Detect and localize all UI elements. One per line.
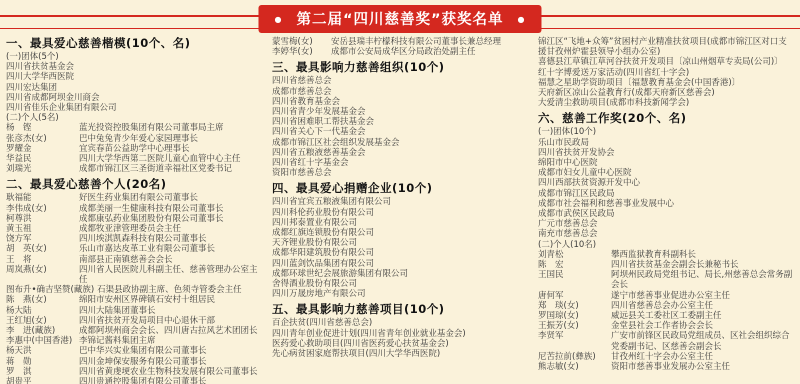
person-row: 李婷华(女)成都市公安局成华区分局政治处副主任 (272, 47, 528, 57)
person-name: 陈 燕(女) (6, 295, 79, 305)
person-title: 四川省黄虔埂农业生物科技发展有限公司董事长 (79, 367, 262, 377)
person-title: 李锦记酱料集团主席 (79, 336, 262, 346)
section-heading: 四、最具爱心捐赠企业(10个) (272, 182, 528, 195)
list-item: 四川省五粮液慈善基金会 (272, 148, 528, 158)
person-name: 黄玉祖 (6, 224, 79, 234)
person-row: 王振芳(女)金堂县社会工作者协会会长 (538, 321, 794, 331)
person-row: 王 将南部县正南镇慈善会会长 (6, 255, 262, 265)
award-list: 一、最具爱心慈善楷模(10个、名)(一)团体(5个)四川省扶贫基金会四川大学华西… (0, 32, 800, 384)
person-name: 王红旭(女) (6, 316, 79, 326)
list-item: 四川西部扶贫资源开发中心 (538, 178, 794, 188)
list-item: 四川省困难职工帮扶基金会 (272, 117, 528, 127)
list-item: 天府新区凉山公益教育行(成都天府新区慈善会) (538, 88, 794, 98)
person-name: 李婷华(女) (272, 47, 331, 57)
list-item: 四川万晟房地产有限公司 (272, 289, 528, 299)
list-item: 成都市锦江区社会组织发展基金会 (272, 138, 528, 148)
person-title: 乐山市嘉达皮革工业有限公司董事长 (79, 244, 262, 254)
person-title: 好医生药业集团有限公司董事长 (79, 193, 262, 203)
person-name: 李伟成(女) (6, 204, 79, 214)
person-row: 华益民四川大学华西第二医院儿童心血管中心主任 (6, 154, 262, 164)
person-name: 李 进(藏族) (6, 326, 79, 336)
person-row: 李伟成(女)成都美丽一生健康科技有限公司董事长 (6, 204, 262, 214)
list-item: 四川省红十字基金会 (272, 158, 528, 168)
section-heading: 五、最具影响力慈善项目(10个) (272, 303, 528, 316)
person-row: 尼苦拉前(彝族)甘孜州红十字会办公室主任 (538, 352, 794, 362)
list-item: 四川青年创业促进计划(四川省青年创业就业基金会) (272, 329, 528, 339)
person-title: 金堂县社会工作者协会会长 (611, 321, 794, 331)
person-title: 四川贵通控股集团有限公司董事长 (79, 377, 262, 384)
person-title: 绵阳市安州区界碑镇石安村十组居民 (79, 295, 262, 305)
person-title: 四川省慈善总会办公室主任 (611, 301, 794, 311)
person-name: 李惠中(中国香港) (6, 336, 79, 346)
list-item: 四川大学华西医院 (6, 72, 262, 82)
list-item: 四川省宜宾五粮液集团有限公司 (272, 197, 528, 207)
page-title: ● 第二届“四川慈善奖”获奖名单 ● (258, 5, 541, 33)
person-row: 王国民阿坝州民政局党组书记、局长,州慈善总会常务副会长 (538, 270, 794, 290)
person-title: 四川埃淇凯森科技有限公司董事长 (79, 234, 262, 244)
list-item: 四川省慈善总会 (272, 76, 528, 86)
person-row: 胡贵平四川贵通控股集团有限公司董事长 (6, 377, 262, 384)
list-item: 红十字博爱送万家活动(四川省红十字会) (538, 68, 794, 78)
list-item: 四川邦泰置业有限公司 (272, 218, 528, 228)
person-row: 图布升•确吉坚赞(藏族)石渠县政协副主席、色须寺管委会主任 (6, 285, 262, 295)
person-title: 南部县正南镇慈善会会长 (79, 255, 262, 265)
person-row: 黄玉祖成都牧亚津管理委员会主任 (6, 224, 262, 234)
person-row: 陈 燕(女)绵阳市安州区界碑镇石安村十组居民 (6, 295, 262, 305)
list-item: 四川省教育基金会 (272, 97, 528, 107)
person-row: 罗 淇四川省黄虔埂农业生物科技发展有限公司董事长 (6, 367, 262, 377)
person-name: 罗耀金 (6, 144, 79, 154)
person-title: 巴中华兴实业集团有限公司董事长 (79, 346, 262, 356)
person-name: 郑 琰(女) (538, 301, 611, 311)
section-heading: 一、最具爱心慈善楷模(10个、名) (6, 37, 262, 50)
person-title: 甘孜州红十字会办公室主任 (611, 352, 794, 362)
person-name: 李贤军 (538, 331, 611, 351)
person-name: 华益民 (6, 154, 79, 164)
person-row: 刘瑞光成都市锦江区三圣街道幸福社区党委书记 (6, 164, 262, 174)
list-item: 成都市社会福利和慈善事业发展中心 (538, 199, 794, 209)
list-item: 南充市慈善总会 (538, 229, 794, 239)
person-name: 蒙雪梅(女) (272, 37, 331, 47)
list-item: 四川省佳乐企业集团有限公司 (6, 103, 262, 113)
list-item: 乐山市民政局 (538, 138, 794, 148)
section-heading: 二、最具爱心慈善个人(20名) (6, 178, 262, 191)
person-name: 王国民 (538, 270, 611, 290)
section-heading: 六、慈善工作奖(20个、名) (538, 112, 794, 125)
list-item: 成都市武侯区民政局 (538, 209, 794, 219)
person-name: 罗国琼(女) (538, 311, 611, 321)
page-title-text: 第二届“四川慈善奖”获奖名单 (296, 8, 503, 29)
person-name: 饶方军 (6, 234, 79, 244)
person-row: 郑 琰(女)四川省慈善总会办公室主任 (538, 301, 794, 311)
person-row: 胡 英(女)乐山市嘉达皮革工业有限公司董事长 (6, 244, 262, 254)
list-item: 锦江区“飞地+众筹”贫困村产业精准扶贫项目(成都市锦江区对口支援甘孜州炉霍县领导… (538, 37, 794, 57)
section-heading: 三、最具影响力慈善组织(10个) (272, 61, 528, 74)
person-row: 熊志敏(女)资阳市慈善事业发展办公室主任 (538, 362, 794, 372)
person-name: 蒋 勋 (6, 357, 79, 367)
person-title: 四川大学华西第二医院儿童心血管中心主任 (79, 154, 262, 164)
bullet-left-icon: ● (274, 16, 282, 24)
list-item: 成都市妇女儿童中心医院 (538, 168, 794, 178)
person-title: 攀西监狱教育科副科长 (611, 250, 794, 260)
person-title: 四川省人民医院儿科副主任、慈善管理办公室主任 (79, 265, 262, 285)
column-3: 锦江区“飞地+众筹”贫困村产业精准扶贫项目(成都市锦江区对口支援甘孜州炉霍县领导… (538, 37, 794, 384)
list-item: 四川省扶贫基金会 (6, 62, 262, 72)
person-name: 唐何军 (538, 291, 611, 301)
person-row: 王红旭(女)四川省扶贫开发局项目中心退休干部 (6, 316, 262, 326)
list-item: 资阳市慈善总会 (272, 168, 528, 178)
list-item: 成都环球世纪会展旅游集团有限公司 (272, 269, 528, 279)
list-item: 成都市慈善总会 (272, 87, 528, 97)
person-row: 蒙雪梅(女)安岳县瑞丰柠檬科技有限公司董事长兼总经理 (272, 37, 528, 47)
person-name: 陈 宏 (538, 260, 611, 270)
person-row: 罗耀金宜宾春苗公益助学中心理事长 (6, 144, 262, 154)
person-name: 刘瑞光 (6, 164, 79, 174)
person-title: 成都美丽一生健康科技有限公司董事长 (79, 204, 262, 214)
person-title: 宜宾春苗公益助学中心理事长 (79, 144, 262, 154)
column-2: 蒙雪梅(女)安岳县瑞丰柠檬科技有限公司董事长兼总经理李婷华(女)成都市公安局成华… (272, 37, 528, 384)
person-title: 遂宁市慈善事业促进办公室主任 (611, 291, 794, 301)
person-title: 成都牧亚津管理委员会主任 (79, 224, 262, 234)
person-title: 巴中兔兔青少年爱心家园理事长 (79, 134, 262, 144)
person-title: 成都阿坝州商会会长、四川唐古拉风艺术团团长 (79, 326, 262, 336)
list-item: 四川省成都阿坝金川商会 (6, 93, 262, 103)
list-item: (一)团体(10个) (538, 127, 794, 137)
person-row: 耿福能好医生药业集团有限公司董事长 (6, 193, 262, 203)
list-item: 医药爱心救助项目(四川省医药爱心扶贫基金会) (272, 339, 528, 349)
person-name: 周岚燕(女) (6, 265, 79, 285)
person-name: 张彦杰(女) (6, 134, 79, 144)
person-name: 胡 英(女) (6, 244, 79, 254)
person-title: 石渠县政协副主席、色须寺管委会主任 (97, 285, 262, 295)
person-name: 王 将 (6, 255, 79, 265)
person-row: 李惠中(中国香港)李锦记酱料集团主席 (6, 336, 262, 346)
person-row: 杨 铿蓝光投资控股集团有限公司董事局主席 (6, 123, 262, 133)
person-row: 张彦杰(女)巴中兔兔青少年爱心家园理事长 (6, 134, 262, 144)
person-name: 杨天洪 (6, 346, 79, 356)
list-item: 百企扶贫(四川省慈善总会) (272, 318, 528, 328)
person-name: 图布升•确吉坚赞(藏族) (6, 285, 97, 295)
person-title: 四川金坤保安服务有限公司董事长 (79, 357, 262, 367)
list-item: 四川蓝剑饮品集团有限公司 (272, 259, 528, 269)
person-row: 周岚燕(女)四川省人民医院儿科副主任、慈善管理办公室主任 (6, 265, 262, 285)
person-row: 饶方军四川埃淇凯森科技有限公司董事长 (6, 234, 262, 244)
person-row: 柯尊洪成都康弘药业集团股份有限公司董事长 (6, 214, 262, 224)
list-item: 四川省青少年发展基金会 (272, 107, 528, 117)
person-name: 胡贵平 (6, 377, 79, 384)
list-item: 舍得酒业股份有限公司 (272, 279, 528, 289)
list-item: (一)团体(5个) (6, 52, 262, 62)
person-row: 杨天洪巴中华兴实业集团有限公司董事长 (6, 346, 262, 356)
list-item: 先心病贫困家庭帮扶项目(四川大学华西医院) (272, 349, 528, 359)
list-item: 绵阳市中心医院 (538, 158, 794, 168)
bullet-right-icon: ● (518, 16, 526, 24)
person-name: 熊志敏(女) (538, 362, 611, 372)
person-row: 刘青松攀西监狱教育科副科长 (538, 250, 794, 260)
person-name: 王振芳(女) (538, 321, 611, 331)
person-title: 威远县关工委社区工委副主任 (611, 311, 794, 321)
person-title: 蓝光投资控股集团有限公司董事局主席 (79, 123, 262, 133)
list-item: 成都红旗连锁股份有限公司 (272, 228, 528, 238)
list-item: 四川省关心下一代基金会 (272, 127, 528, 137)
person-title: 资阳市慈善事业发展办公室主任 (611, 362, 794, 372)
list-item: 四川省扶贫开发协会 (538, 148, 794, 158)
list-item: 四川科伦药业股份有限公司 (272, 208, 528, 218)
person-name: 罗 淇 (6, 367, 79, 377)
column-1: 一、最具爱心慈善楷模(10个、名)(一)团体(5个)四川省扶贫基金会四川大学华西… (6, 37, 262, 384)
list-item: (二)个人(10名) (538, 240, 794, 250)
person-title: 成都市锦江区三圣街道幸福社区党委书记 (79, 164, 262, 174)
person-row: 唐何军遂宁市慈善事业促进办公室主任 (538, 291, 794, 301)
person-name: 杨大陆 (6, 306, 79, 316)
list-item: 大爱清尘救助项目(成都市科技新闻学会) (538, 98, 794, 108)
list-item: (二)个人(5名) (6, 113, 262, 123)
person-row: 李贤军广安市前锋区民政局党组成员、区社会组织综合党委副书记、区慈善会副会长 (538, 331, 794, 351)
masthead: ● 第二届“四川慈善奖”获奖名单 ● (0, 0, 800, 32)
list-item: 四川宏达集团 (6, 83, 262, 93)
list-item: 广元市慈善总会 (538, 219, 794, 229)
person-title: 成都康弘药业集团股份有限公司董事长 (79, 214, 262, 224)
list-item: 喜德县江草镇江草河谷扶贫开发项目〔凉山州烟草专卖局(公司)〕 (538, 57, 794, 67)
person-name: 刘青松 (538, 250, 611, 260)
list-item: 天齐锂业股份有限公司 (272, 238, 528, 248)
person-row: 陈 宏四川省扶贫基金会副会长兼秘书长 (538, 260, 794, 270)
person-name: 耿福能 (6, 193, 79, 203)
list-item: 福慧之星助学资助项目〔福慧教育基金会(中国香港)〕 (538, 78, 794, 88)
person-title: 广安市前锋区民政局党组成员、区社会组织综合党委副书记、区慈善会副会长 (611, 331, 794, 351)
person-row: 李 进(藏族)成都阿坝州商会会长、四川唐古拉风艺术团团长 (6, 326, 262, 336)
person-title: 四川大陆集团董事长 (79, 306, 262, 316)
person-title: 四川省扶贫开发局项目中心退休干部 (79, 316, 262, 326)
person-row: 蒋 勋四川金坤保安服务有限公司董事长 (6, 357, 262, 367)
person-row: 罗国琼(女)威远县关工委社区工委副主任 (538, 311, 794, 321)
list-item: 成都华阳建筑股份有限公司 (272, 248, 528, 258)
person-title: 阿坝州民政局党组书记、局长,州慈善总会常务副会长 (611, 270, 794, 290)
person-title: 成都市公安局成华区分局政治处副主任 (331, 47, 528, 57)
person-name: 杨 铿 (6, 123, 79, 133)
list-item: 成都市锦江区民政局 (538, 189, 794, 199)
person-title: 四川省扶贫基金会副会长兼秘书长 (611, 260, 794, 270)
person-name: 尼苦拉前(彝族) (538, 352, 611, 362)
person-title: 安岳县瑞丰柠檬科技有限公司董事长兼总经理 (331, 37, 528, 47)
person-name: 柯尊洪 (6, 214, 79, 224)
person-row: 杨大陆四川大陆集团董事长 (6, 306, 262, 316)
